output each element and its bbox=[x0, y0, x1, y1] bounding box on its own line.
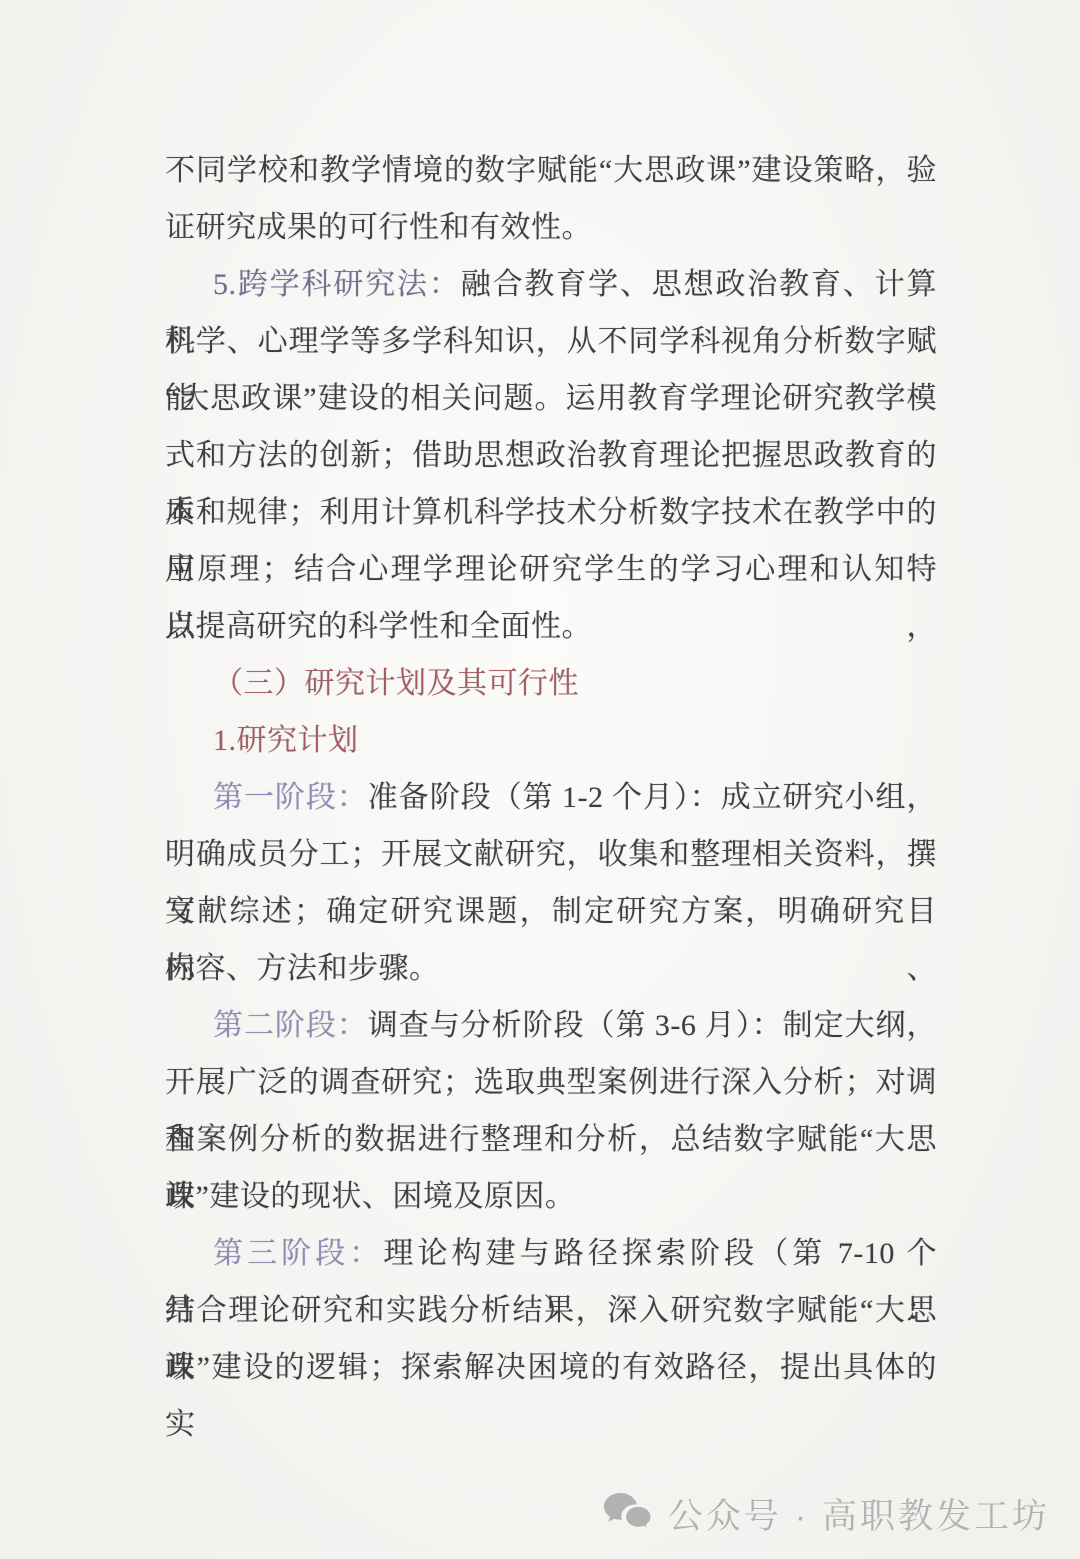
text-line: 文献综述；确定研究课题，制定研究方案，明确研究目标、 bbox=[165, 883, 937, 940]
watermark: 公众号 · 高职教发工坊 bbox=[602, 1489, 1050, 1539]
text-segment: 第三阶段： bbox=[213, 1237, 383, 1270]
text-line: 结合理论研究和实践分析结果，深入研究数字赋能“大思政 bbox=[165, 1282, 937, 1339]
text-segment: 证研究成果的可行性和有效性。 bbox=[165, 211, 592, 244]
text-segment: 课”建设的现状、困境及原因。 bbox=[165, 1180, 575, 1213]
text-line: 科学、心理学等多学科知识，从不同学科视角分析数字赋能 bbox=[165, 313, 937, 370]
text-segment: 内容、方法和步骤。 bbox=[165, 952, 440, 985]
text-line: 第二阶段：调查与分析阶段（第 3-6 月）：制定大纲， bbox=[165, 997, 937, 1054]
text-segment: 第一阶段： bbox=[213, 781, 368, 814]
text-line: 不同学校和教学情境的数字赋能“大思政课”建设策略，验 bbox=[165, 142, 937, 199]
text-line: 和案例分析的数据进行整理和分析，总结数字赋能“大思政 bbox=[165, 1111, 937, 1168]
text-segment: 课”建设的逻辑；探索解决困境的有效路径，提出具体的实 bbox=[165, 1351, 937, 1441]
text-line: “大思政课”建设的相关问题。运用教育学理论研究教学模 bbox=[165, 370, 937, 427]
text-line: 式和方法的创新；借助思想政治教育理论把握思政教育的本 bbox=[165, 427, 937, 484]
watermark-label: 公众号 · 高职教发工坊 bbox=[668, 1489, 1050, 1539]
text-segment: 不同学校和教学情境的数字赋能“大思政课”建设策略，验 bbox=[165, 154, 937, 187]
text-segment: 调查与分析阶段（第 3-6 月）：制定大纲， bbox=[368, 1009, 937, 1042]
text-segment: （三）研究计划及其可行性 bbox=[213, 667, 579, 700]
text-segment: 准备阶段（第 1-2 个月）：成立研究小组， bbox=[368, 781, 937, 814]
text-line: 用原理；结合心理学理论研究学生的学习心理和认知特点， bbox=[165, 541, 937, 598]
text-segment: 1.研究计划 bbox=[213, 724, 359, 757]
text-line: 质和规律；利用计算机科学技术分析数字技术在教学中的应 bbox=[165, 484, 937, 541]
text-segment: 第二阶段： bbox=[213, 1009, 368, 1042]
text-line: 证研究成果的可行性和有效性。 bbox=[165, 199, 937, 256]
text-segment: “大思政课”建设的相关问题。运用教育学理论研究教学模 bbox=[165, 382, 937, 415]
text-line: 1.研究计划 bbox=[165, 712, 937, 769]
text-segment: 5.跨学科研究法： bbox=[213, 268, 461, 301]
text-segment: 以提高研究的科学性和全面性。 bbox=[165, 610, 592, 643]
text-line: 第三阶段：理论构建与路径探索阶段（第 7-10 个月）： bbox=[165, 1225, 937, 1282]
text-line: 明确成员分工；开展文献研究，收集和整理相关资料，撰写 bbox=[165, 826, 937, 883]
text-line: 第一阶段：准备阶段（第 1-2 个月）：成立研究小组， bbox=[165, 769, 937, 826]
document-text-block: 不同学校和教学情境的数字赋能“大思政课”建设策略，验证研究成果的可行性和有效性。… bbox=[165, 142, 937, 1396]
text-line: 课”建设的现状、困境及原因。 bbox=[165, 1168, 937, 1225]
text-line: 5.跨学科研究法：融合教育学、思想政治教育、计算机 bbox=[165, 256, 937, 313]
wechat-icon bbox=[602, 1491, 654, 1537]
text-line: 课”建设的逻辑；探索解决困境的有效路径，提出具体的实 bbox=[165, 1339, 937, 1396]
text-line: 开展广泛的调查研究；选取典型案例进行深入分析；对调查 bbox=[165, 1054, 937, 1111]
document-page: 不同学校和教学情境的数字赋能“大思政课”建设策略，验证研究成果的可行性和有效性。… bbox=[0, 0, 1080, 1559]
text-line: （三）研究计划及其可行性 bbox=[165, 655, 937, 712]
